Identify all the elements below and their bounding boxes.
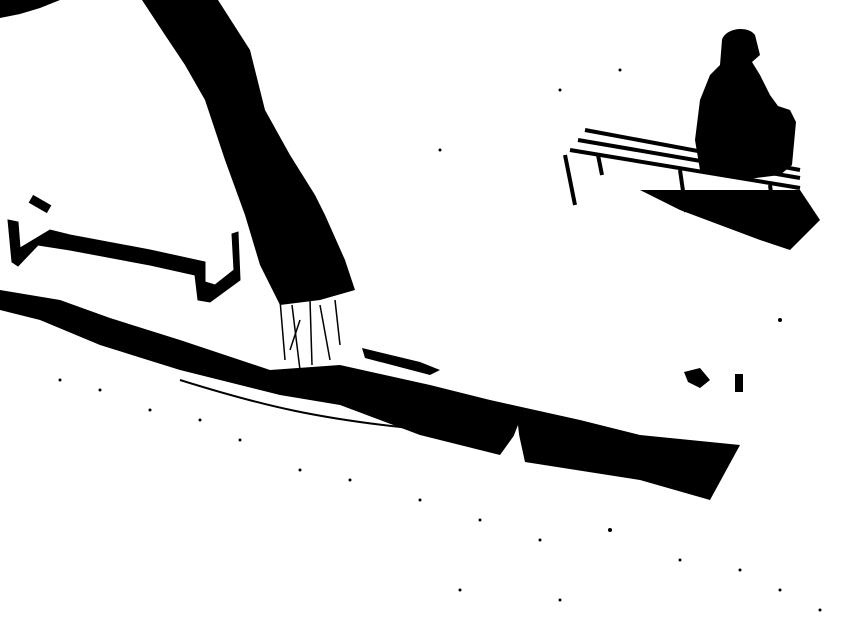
small-object [735, 374, 743, 392]
photo [0, 0, 846, 634]
